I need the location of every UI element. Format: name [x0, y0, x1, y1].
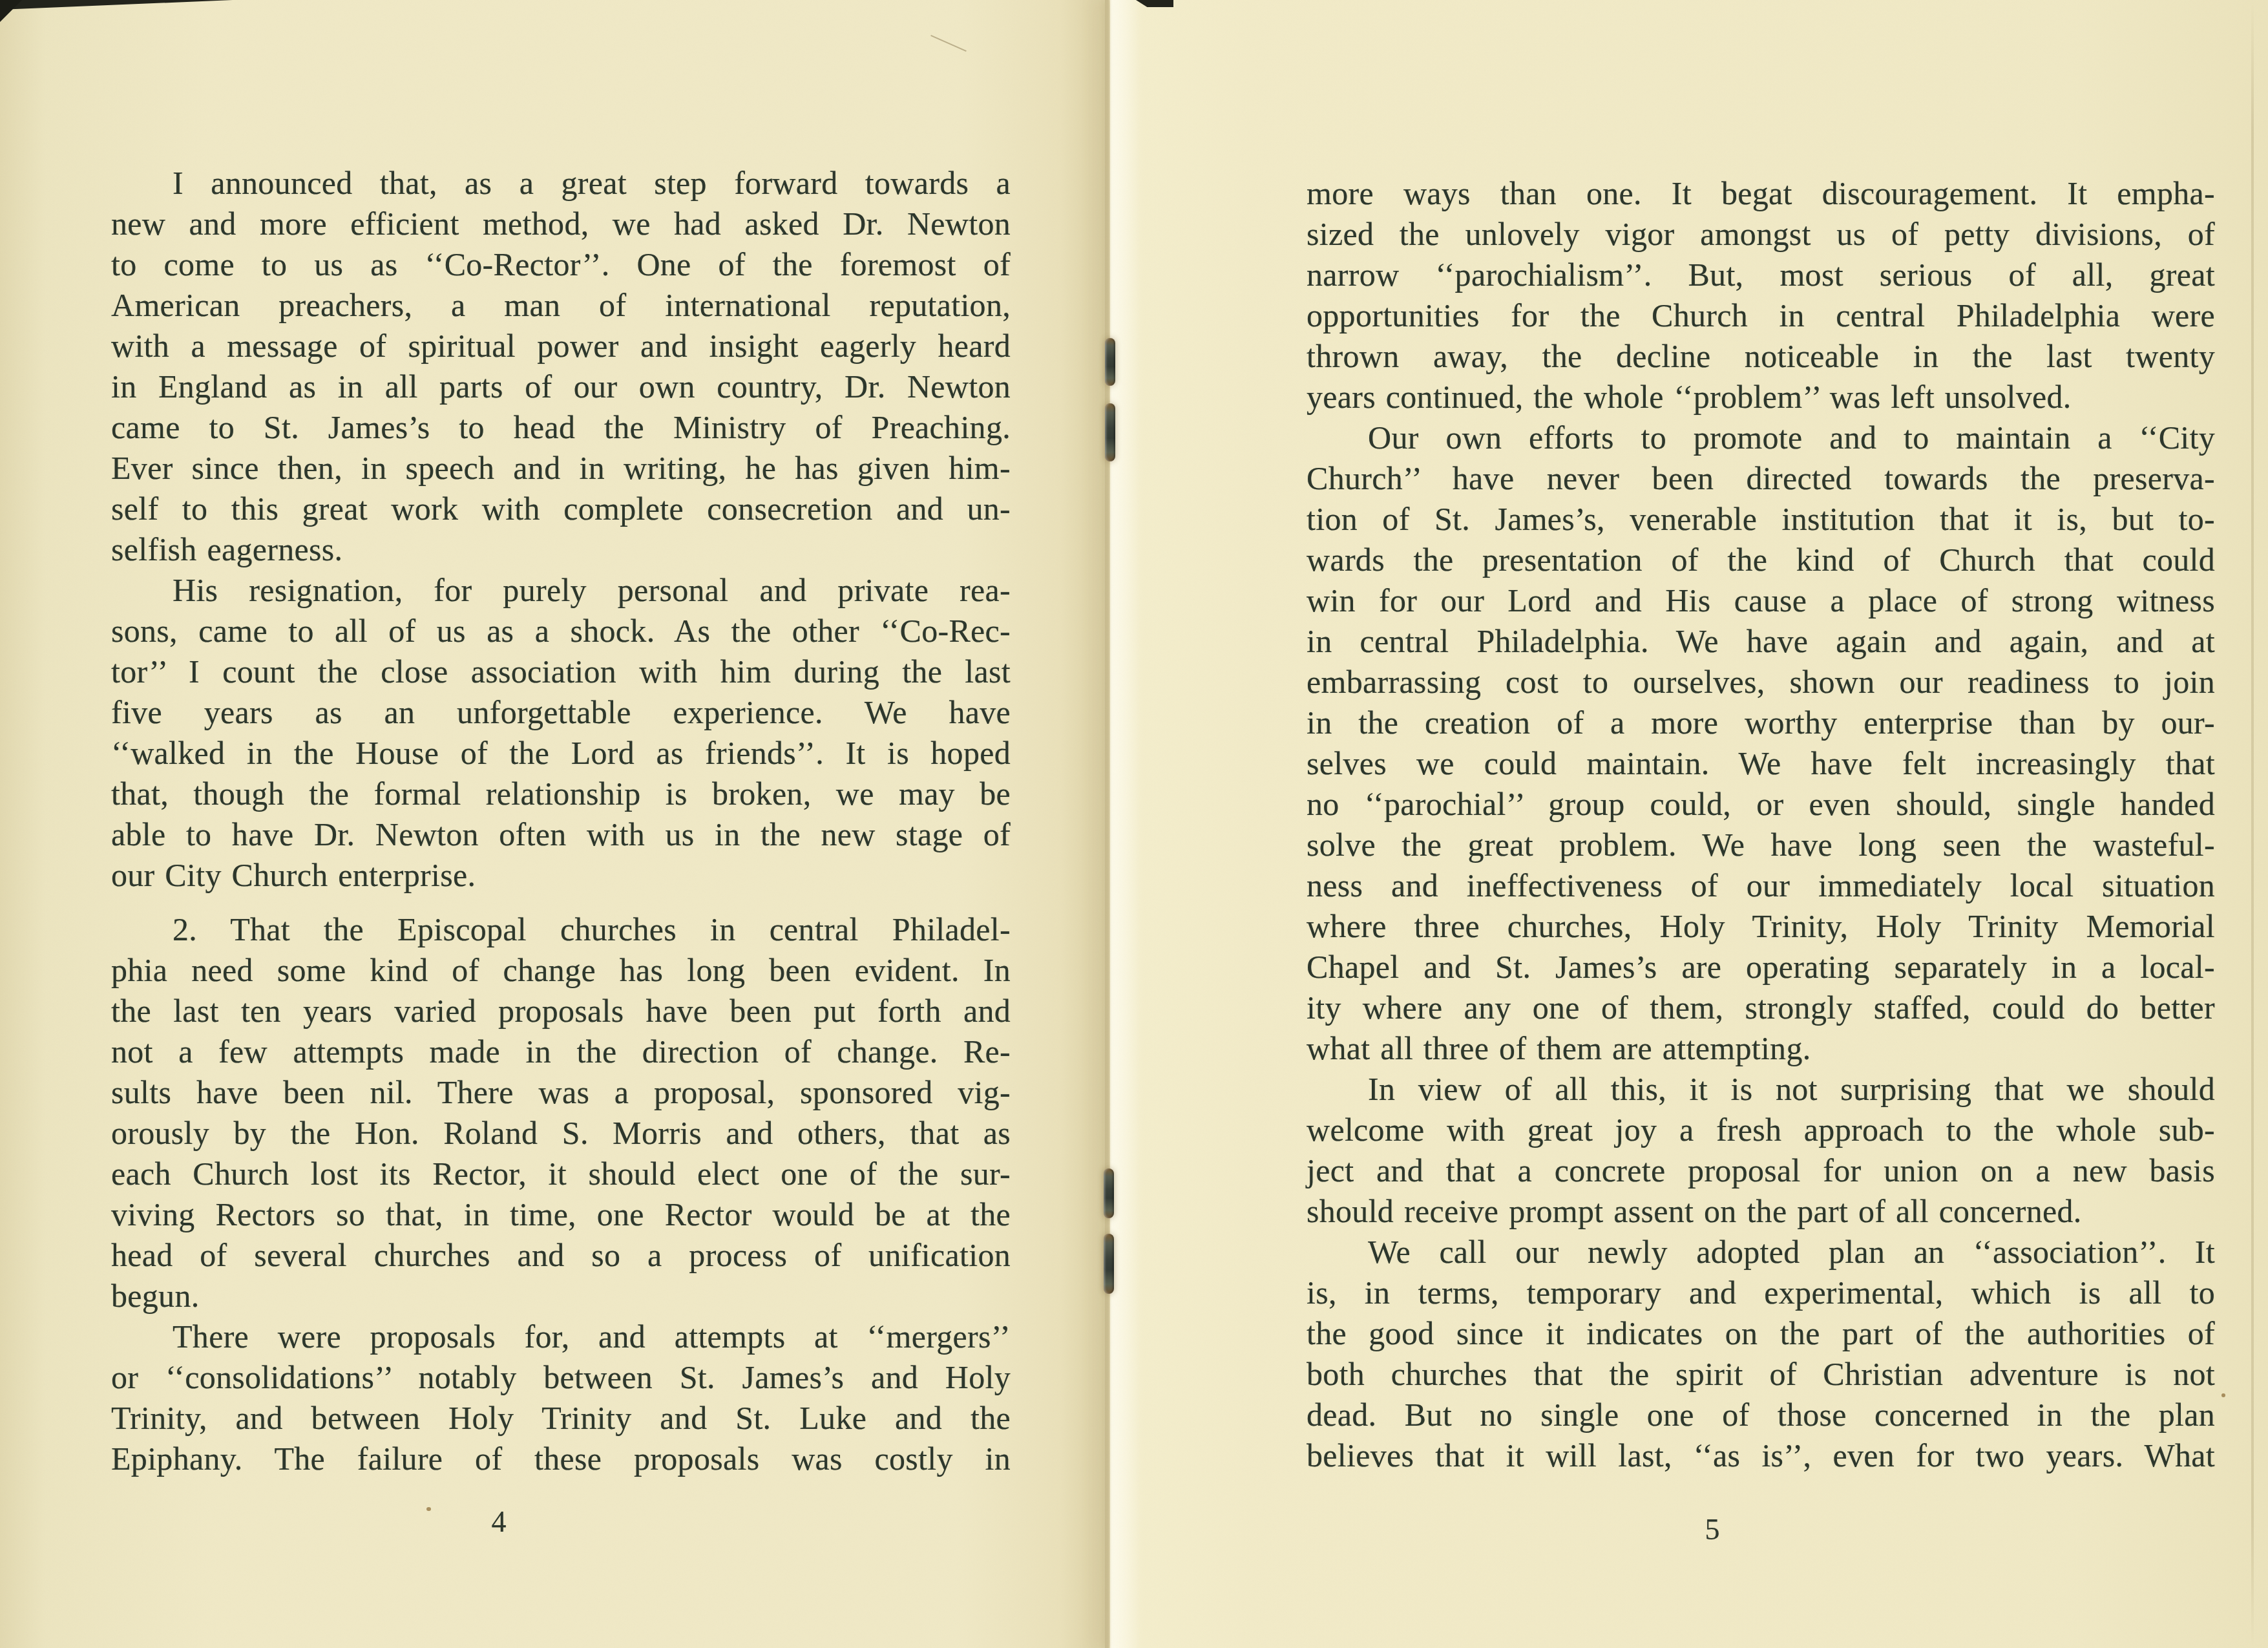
text-line: years continued, the whole ‘‘problem’’ w…	[1307, 377, 2215, 417]
text-line: sons, came to all of us as a shock. As t…	[111, 611, 1011, 651]
text-line: opportunities for the Church in central …	[1307, 295, 2215, 336]
text-line: came to St. James’s to head the Ministry…	[111, 407, 1011, 448]
text-line: viving Rectors so that, in time, one Rec…	[111, 1194, 1011, 1235]
text-line: tion of St. James’s, venerable instituti…	[1307, 499, 2215, 540]
text-line: There were proposals for, and attempts a…	[111, 1316, 1011, 1357]
right-page-text: more ways than one. It begat discouragem…	[1307, 173, 2215, 1476]
text-line: the good since it indicates on the part …	[1307, 1313, 2215, 1354]
text-line: believes that it will last, ‘‘as is’’, e…	[1307, 1435, 2215, 1476]
page-number-left: 4	[473, 1505, 525, 1539]
staple-icon	[1104, 1168, 1114, 1218]
paragraph: There were proposals for, and attempts a…	[111, 1316, 1011, 1479]
text-line: selves we could maintain. We have felt i…	[1307, 743, 2215, 784]
text-line: or ‘‘consolidations’’ notably between St…	[111, 1357, 1011, 1398]
text-line: American preachers, a man of internation…	[111, 285, 1011, 326]
text-line: 2. That the Episcopal churches in centra…	[111, 909, 1011, 950]
text-line: narrow ‘‘parochialism’’. But, most serio…	[1307, 255, 2215, 295]
paragraph: more ways than one. It begat discouragem…	[1307, 173, 2215, 417]
text-line: that, though the formal relationship is …	[111, 774, 1011, 814]
text-line: no ‘‘parochial’’ group could, or even sh…	[1307, 784, 2215, 825]
staple-icon	[1105, 338, 1115, 386]
text-line: win for our Lord and His cause a place o…	[1307, 580, 2215, 621]
text-line: phia need some kind of change has long b…	[111, 950, 1011, 991]
text-line: sized the unlovely vigor amongst us of p…	[1307, 214, 2215, 255]
page-edge-line	[2251, 0, 2254, 1648]
text-line: wards the presentation of the kind of Ch…	[1307, 540, 2215, 580]
text-line: tor’’ I count the close association with…	[111, 651, 1011, 692]
text-line: begun.	[111, 1276, 1011, 1316]
text-line: not a few attempts made in the direction…	[111, 1031, 1011, 1072]
spine-highlight	[1110, 0, 1140, 1648]
text-line: In view of all this, it is not surprisin…	[1307, 1069, 2215, 1110]
paper-speck	[426, 1507, 431, 1511]
text-line: each Church lost its Rector, it should e…	[111, 1154, 1011, 1194]
text-line: sults have been nil. There was a proposa…	[111, 1072, 1011, 1113]
text-line: ‘‘walked in the House of the Lord as fri…	[111, 733, 1011, 774]
text-line: welcome with great joy a fresh approach …	[1307, 1110, 2215, 1150]
text-line: selfish eagerness.	[111, 529, 1011, 570]
text-line: five years as an unforgettable experienc…	[111, 692, 1011, 733]
text-line: more ways than one. It begat discouragem…	[1307, 173, 2215, 214]
paragraph: 2. That the Episcopal churches in centra…	[111, 909, 1011, 1316]
text-line: ity where any one of them, strongly staf…	[1307, 988, 2215, 1028]
text-line: in England as in all parts of our own co…	[111, 366, 1011, 407]
text-line: the last ten years varied proposals have…	[111, 991, 1011, 1031]
text-line: embarrassing cost to ourselves, shown ou…	[1307, 662, 2215, 703]
paragraph: I announced that, as a great step forwar…	[111, 163, 1011, 570]
text-line: dead. But no single one of those concern…	[1307, 1395, 2215, 1435]
text-line: thrown away, the decline noticeable in t…	[1307, 336, 2215, 377]
text-line: new and more efficient method, we had as…	[111, 204, 1011, 244]
text-line: I announced that, as a great step forwar…	[111, 163, 1011, 204]
paper-speck	[2221, 1393, 2225, 1397]
text-line: ness and ineffectiveness of our immediat…	[1307, 865, 2215, 906]
paragraph: We call our newly adopted plan an ‘‘asso…	[1307, 1232, 2215, 1476]
staple-icon	[1104, 1234, 1114, 1294]
text-line: Epiphany. The failure of these proposals…	[111, 1439, 1011, 1479]
text-line: Our own efforts to promote and to mainta…	[1307, 417, 2215, 458]
text-line: We call our newly adopted plan an ‘‘asso…	[1307, 1232, 2215, 1273]
text-line: Ever since then, in speech and in writin…	[111, 448, 1011, 489]
staple-icon	[1105, 403, 1115, 461]
text-line: is, in terms, temporary and experimental…	[1307, 1273, 2215, 1313]
text-line: Chapel and St. James’s are operating sep…	[1307, 947, 2215, 988]
paragraph: In view of all this, it is not surprisin…	[1307, 1069, 2215, 1232]
text-line: where three churches, Holy Trinity, Holy…	[1307, 906, 2215, 947]
text-line: ject and that a concrete proposal for un…	[1307, 1150, 2215, 1191]
text-line: should receive prompt assent on the part…	[1307, 1191, 2215, 1232]
text-line: our City Church enterprise.	[111, 855, 1011, 896]
text-line: what all three of them are attempting.	[1307, 1028, 2215, 1069]
text-line: both churches that the spirit of Christi…	[1307, 1354, 2215, 1395]
text-line: Trinity, and between Holy Trinity and St…	[111, 1398, 1011, 1439]
book-spread: I announced that, as a great step forwar…	[0, 0, 2268, 1648]
text-line: Church’’ have never been directed toward…	[1307, 458, 2215, 499]
text-line: solve the great problem. We have long se…	[1307, 825, 2215, 865]
paragraph: His resignation, for purely personal and…	[111, 570, 1011, 896]
text-line: self to this great work with complete co…	[111, 489, 1011, 529]
text-line: in the creation of a more worthy enterpr…	[1307, 703, 2215, 743]
page-number-right: 5	[1686, 1512, 1738, 1547]
left-page-text: I announced that, as a great step forwar…	[111, 163, 1011, 1479]
text-line: in central Philadelphia. We have again a…	[1307, 621, 2215, 662]
text-line: able to have Dr. Newton often with us in…	[111, 814, 1011, 855]
text-line: to come to us as ‘‘Co-Rector’’. One of t…	[111, 244, 1011, 285]
text-line: orously by the Hon. Roland S. Morris and…	[111, 1113, 1011, 1154]
text-line: His resignation, for purely personal and…	[111, 570, 1011, 611]
text-line: head of several churches and so a proces…	[111, 1235, 1011, 1276]
spine-crease	[1105, 0, 1109, 1648]
paragraph: Our own efforts to promote and to mainta…	[1307, 417, 2215, 1069]
text-line: with a message of spiritual power and in…	[111, 326, 1011, 366]
